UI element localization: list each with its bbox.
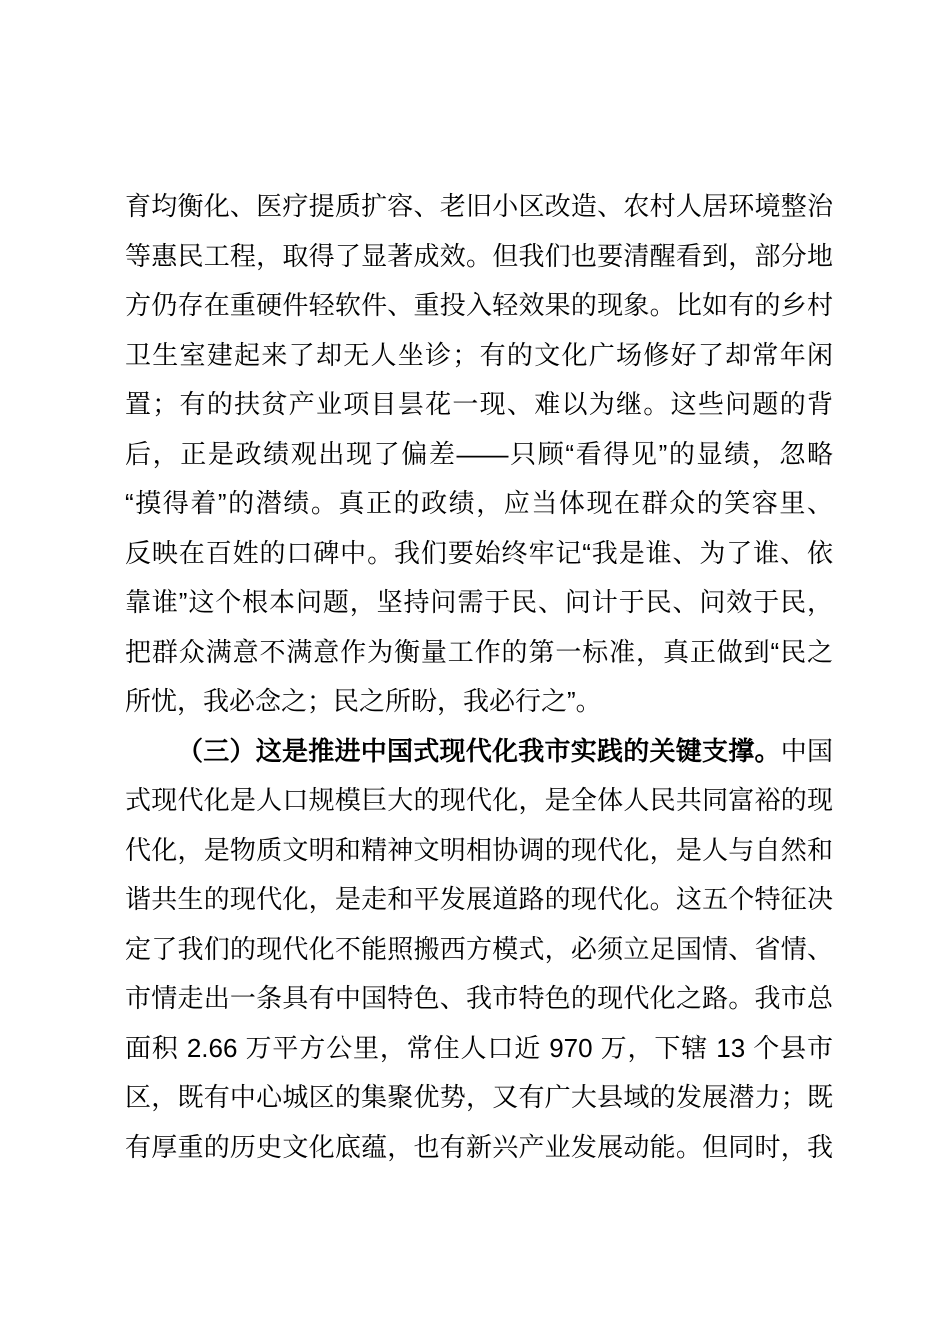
document-page: 育均衡化、医疗提质扩容、老旧小区改造、农村人居环境整治 等惠民工程，取得了显著成… <box>0 0 950 1344</box>
text-line: 面积 2.66 万平方公里，常住人口近 970 万，下辖 13 个县市 <box>125 1024 833 1074</box>
text-line-paragraph-end: 所忧，我必念之；民之所盼，我必行之”。 <box>125 677 833 727</box>
text-line: “摸得着”的潜绩。真正的政绩，应当体现在群众的笑容里、 <box>125 479 833 529</box>
text-line: 卫生室建起来了却无人坐诊；有的文化广场修好了却常年闲 <box>125 331 833 381</box>
text-line: 区，既有中心城区的集聚优势，又有广大县域的发展潜力；既 <box>125 1073 833 1123</box>
text-line: 市情走出一条具有中国特色、我市特色的现代化之路。我市总 <box>125 974 833 1024</box>
text-line: 育均衡化、医疗提质扩容、老旧小区改造、农村人居环境整治 <box>125 182 833 232</box>
text-line: 代化，是物质文明和精神文明相协调的现代化，是人与自然和 <box>125 826 833 876</box>
section-heading-line: （三）这是推进中国式现代化我市实践的关键支撑。中国 <box>125 727 833 777</box>
text-line: 等惠民工程，取得了显著成效。但我们也要清醒看到，部分地 <box>125 232 833 282</box>
text-line: 把群众满意不满意作为衡量工作的第一标准，真正做到“民之 <box>125 628 833 678</box>
section-heading-bold: （三）这是推进中国式现代化我市实践的关键支撑。 <box>177 736 781 766</box>
text-line: 后，正是政绩观出现了偏差——只顾“看得见”的显绩，忽略 <box>125 430 833 480</box>
text-line: 方仍存在重硬件轻软件、重投入轻效果的现象。比如有的乡村 <box>125 281 833 331</box>
text-line: 谐共生的现代化，是走和平发展道路的现代化。这五个特征决 <box>125 875 833 925</box>
document-text-block: 育均衡化、医疗提质扩容、老旧小区改造、农村人居环境整治 等惠民工程，取得了显著成… <box>125 182 833 1172</box>
section-heading-trailing-text: 中国 <box>781 736 833 766</box>
text-line: 置；有的扶贫产业项目昙花一现、难以为继。这些问题的背 <box>125 380 833 430</box>
text-line: 靠谁”这个根本问题，坚持问需于民、问计于民、问效于民， <box>125 578 833 628</box>
text-line: 式现代化是人口规模巨大的现代化，是全体人民共同富裕的现 <box>125 776 833 826</box>
text-line: 反映在百姓的口碑中。我们要始终牢记“我是谁、为了谁、依 <box>125 529 833 579</box>
text-line: 定了我们的现代化不能照搬西方模式，必须立足国情、省情、 <box>125 925 833 975</box>
text-line: 有厚重的历史文化底蕴，也有新兴产业发展动能。但同时，我 <box>125 1123 833 1173</box>
